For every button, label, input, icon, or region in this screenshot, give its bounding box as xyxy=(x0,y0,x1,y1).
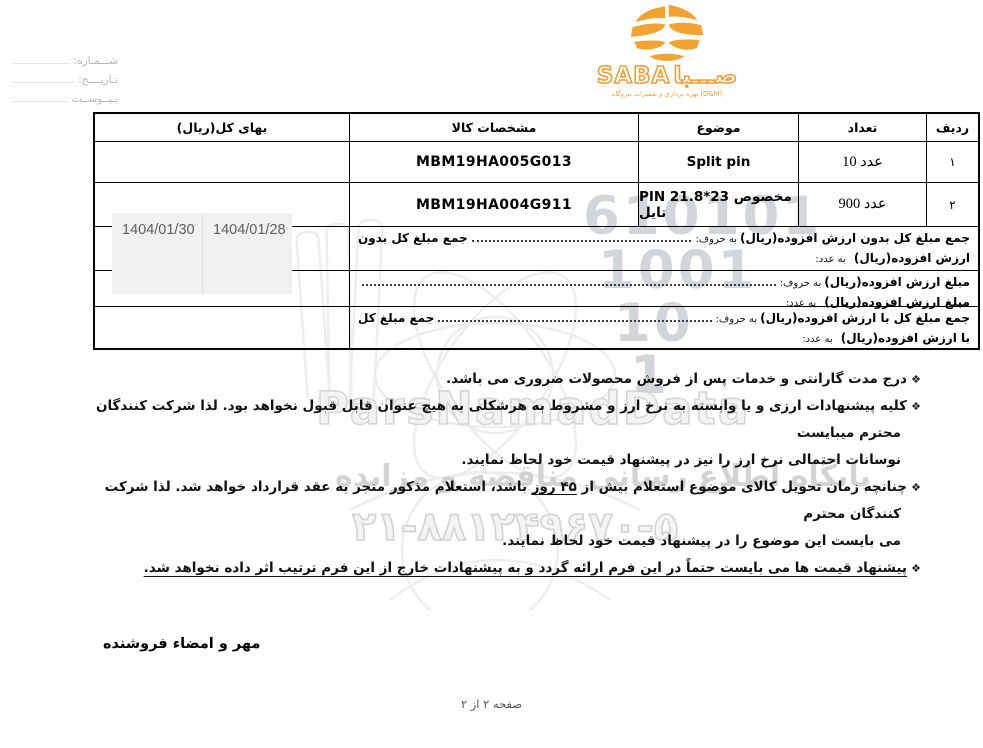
notes-list: ❖درج مدت گارانتی و خدمات پس از فروش محصو… xyxy=(95,366,921,582)
number-blank-line xyxy=(12,63,70,64)
in-digits-label: به عدد: xyxy=(802,334,832,345)
letterhead-row-date: تـاریــــخ: xyxy=(12,67,118,86)
header-total-price: بهای کل(ریال) xyxy=(95,114,350,142)
note-price-on-form: ❖پیشنهاد قیمت ها می بایست حتماً در این ف… xyxy=(95,555,921,582)
attachment-blank-line xyxy=(12,101,68,102)
diamond-bullet-icon: ❖ xyxy=(907,393,921,420)
summary-label: ارزش افزوده(ریال) xyxy=(854,251,970,265)
header-row-number: ردیف xyxy=(927,114,978,142)
summary-label: مبلغ ارزش افزوده(ریال) xyxy=(824,275,970,289)
logo-caption: بهره برداری و تعمیرات نیروگاه (O&M) xyxy=(588,90,746,98)
date-blank-line xyxy=(12,82,74,83)
summary-label: با ارزش افزوده(ریال) xyxy=(841,331,970,345)
letterhead-row-number: شـــمـاره: xyxy=(12,48,118,67)
spec-cell: MBM19HA005G013 xyxy=(350,142,639,183)
letterhead-fields: شـــمـاره: تـاریــــخ: پـیــوســت xyxy=(12,48,118,105)
subject-cell: PIN 21.8*23 مخصوص تایل xyxy=(639,183,799,227)
summary-price-cell xyxy=(95,307,350,348)
note-warranty: ❖درج مدت گارانتی و خدمات پس از فروش محصو… xyxy=(95,366,921,393)
spec-cell: MBM19HA004G911 xyxy=(350,183,639,227)
dotted-leader xyxy=(438,320,711,322)
diamond-bullet-icon: ❖ xyxy=(907,366,921,393)
summary-total-with-vat: جمع مبلغ کل با ارزش افزوده(ریال) به حروف… xyxy=(350,307,978,348)
document-page: 610101 1001 10 1 ParsNamadData پایگاه اط… xyxy=(0,0,983,748)
logo-latin-name: SABA xyxy=(597,65,671,88)
summary-label: جمع مبلغ کل بدون ارزش افزوده(ریال) xyxy=(740,231,970,245)
summary-label-wrap: جمع مبلغ کل بدون xyxy=(358,231,468,245)
letterhead-row-attachment: پـیــوســت xyxy=(12,86,118,105)
quantity-cell: 10 عدد xyxy=(799,142,927,183)
summary-label: جمع مبلغ کل با ارزش افزوده(ریال) xyxy=(760,311,970,325)
saba-bird-icon xyxy=(624,3,710,65)
row-number-cell: ۱ xyxy=(927,142,978,183)
company-logo: صـــبا SABA بهره برداری و تعمیرات نیروگا… xyxy=(588,3,746,98)
in-words-label: به حروف: xyxy=(780,278,822,289)
seller-signature-label: مهر و امضاء فروشنده xyxy=(103,636,260,652)
number-label: شـــمـاره: xyxy=(74,55,118,67)
dotted-leader xyxy=(472,240,692,242)
attachment-label: پـیــوســت xyxy=(72,93,118,105)
quantity-cell: 900 عدد xyxy=(799,183,927,227)
header-quantity: تعداد xyxy=(799,114,927,142)
page-number: صفحه ۲ از ۲ xyxy=(0,697,983,711)
in-words-label: به حروف: xyxy=(716,314,758,325)
in-digits-label: به عدد: xyxy=(815,254,845,265)
summary-vat-amount: مبلغ ارزش افزوده(ریال) به حروف: مبلغ ارز… xyxy=(350,271,978,307)
logo-persian-name: صـــبا xyxy=(673,65,737,88)
dotted-leader xyxy=(362,284,776,286)
diamond-bullet-icon: ❖ xyxy=(907,555,921,582)
summary-label-wrap: جمع مبلغ کل xyxy=(358,311,434,325)
date-overlay-right[interactable]: 1404/01/28 xyxy=(202,213,292,294)
header-item-spec: مشخصات کالا xyxy=(350,114,639,142)
subject-cell: Split pin xyxy=(639,142,799,183)
note-delivery-time: ❖چنانچه زمان تحویل کالای موضوع استعلام ب… xyxy=(95,474,921,555)
logo-wordmark: صـــبا SABA xyxy=(588,65,746,88)
note-currency: ❖کلیه پیشنهادات ارزی و یا وابسته به نرخ … xyxy=(95,393,921,474)
summary-total-without-vat: جمع مبلغ کل بدون ارزش افزوده(ریال) به حر… xyxy=(350,227,978,271)
date-label: تـاریــــخ: xyxy=(78,74,118,86)
price-cell xyxy=(95,142,350,183)
row-number-cell: ۲ xyxy=(927,183,978,227)
underlined-45-days: ۴۵ روز xyxy=(532,479,577,495)
in-words-label: به حروف: xyxy=(695,234,737,245)
date-overlay-left[interactable]: 1404/01/30 xyxy=(112,213,202,294)
header-subject: موضوع xyxy=(639,114,799,142)
diamond-bullet-icon: ❖ xyxy=(907,474,921,501)
